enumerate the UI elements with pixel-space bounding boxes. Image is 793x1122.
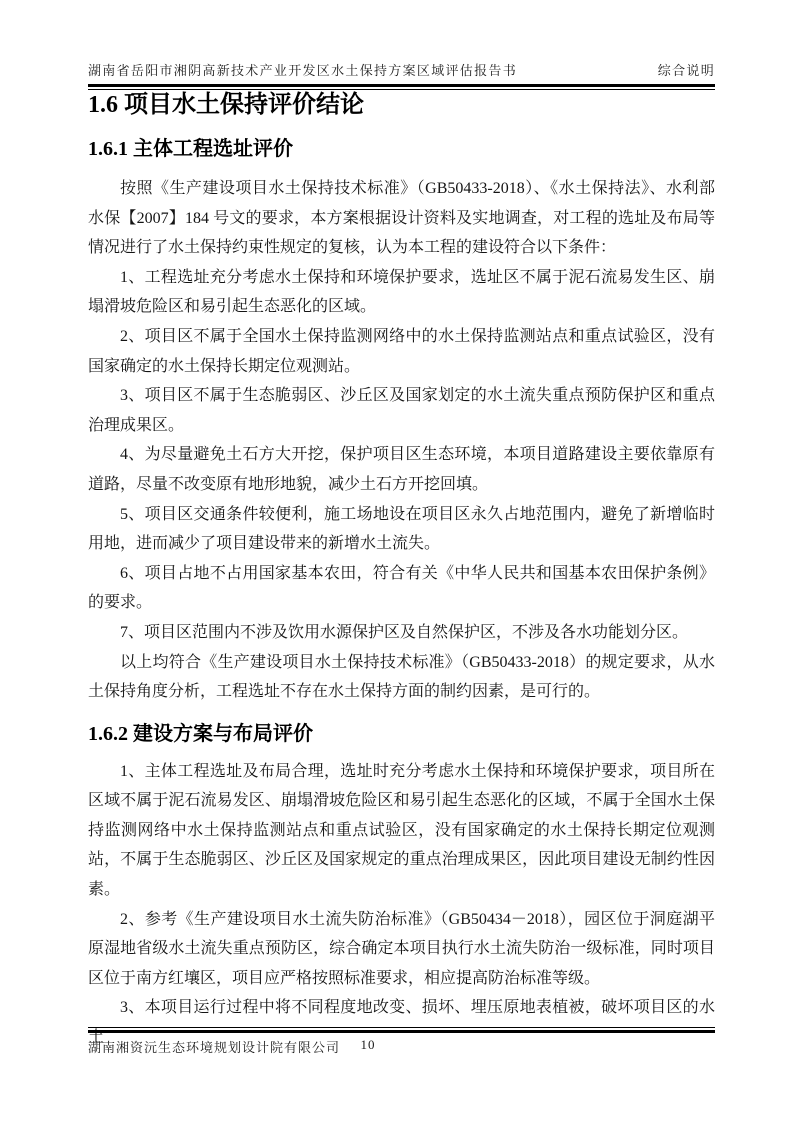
- section-heading-1-6-2: 1.6.2 建设方案与布局评价: [88, 719, 715, 749]
- paragraph: 以上均符合《生产建设项目水土保持技术标准》（GB50433-2018）的规定要求…: [88, 648, 715, 707]
- document-body: 1.6 项目水土保持评价结论 1.6.1 主体工程选址评价 按照《生产建设项目水…: [88, 88, 715, 1053]
- paragraph: 7、项目区范围内不涉及饮用水源保护区及自然保护区，不涉及各水功能划分区。: [88, 618, 715, 648]
- document-page: 湖南省岳阳市湘阴高新技术产业开发区水土保持方案区域评估报告书 综合说明 1.6 …: [0, 0, 793, 1122]
- header-rule-thick-line: [88, 84, 715, 87]
- paragraph: 3、项目区不属于生态脆弱区、沙丘区及国家划定的水土流失重点预防保护区和重点治理成…: [88, 381, 715, 440]
- section-1-6-2-text: 1、主体工程选址及布局合理，选址时充分考虑水土保持和环境保护要求，项目所在区域不…: [88, 757, 715, 1053]
- footer-rule-thin-line: [88, 1027, 715, 1028]
- header-page-label: 综合说明: [658, 60, 715, 79]
- paragraph: 5、项目区交通条件较便利，施工场地设在项目区永久占地范围内，避免了新增临时用地，…: [88, 500, 715, 559]
- paragraph: 6、项目占地不占用国家基本农田，符合有关《中华人民共和国基本农田保护条例》的要求…: [88, 559, 715, 618]
- section-heading-1-6-1: 1.6.1 主体工程选址评价: [88, 134, 715, 164]
- footer-rule-thick-line: [88, 1030, 715, 1033]
- footer-page-number: 10: [88, 1037, 648, 1053]
- paragraph: 2、项目区不属于全国水土保持监测网络中的水土保持监测站点和重点试验区，没有国家确…: [88, 322, 715, 381]
- section-heading-1-6: 1.6 项目水土保持评价结论: [88, 88, 715, 122]
- paragraph: 1、工程选址充分考虑水土保持和环境保护要求，选址区不属于泥石流易发生区、崩塌滑坡…: [88, 263, 715, 322]
- paragraph: 4、为尽量避免土石方大开挖，保护项目区生态环境，本项目道路建设主要依靠原有道路，…: [88, 440, 715, 499]
- paragraph: 按照《生产建设项目水土保持技术标准》（GB50433-2018）、《水土保持法》…: [88, 174, 715, 263]
- paragraph: 2、参考《生产建设项目水土流失防治标准》（GB50434－2018），园区位于洞…: [88, 905, 715, 994]
- running-header: 湖南省岳阳市湘阴高新技术产业开发区水土保持方案区域评估报告书 综合说明: [88, 60, 715, 79]
- footer-rule: [88, 1027, 715, 1033]
- section-1-6-1-text: 按照《生产建设项目水土保持技术标准》（GB50433-2018）、《水土保持法》…: [88, 174, 715, 707]
- header-doc-title: 湖南省岳阳市湘阴高新技术产业开发区水土保持方案区域评估报告书: [88, 60, 517, 79]
- paragraph: 1、主体工程选址及布局合理，选址时充分考虑水土保持和环境保护要求，项目所在区域不…: [88, 757, 715, 905]
